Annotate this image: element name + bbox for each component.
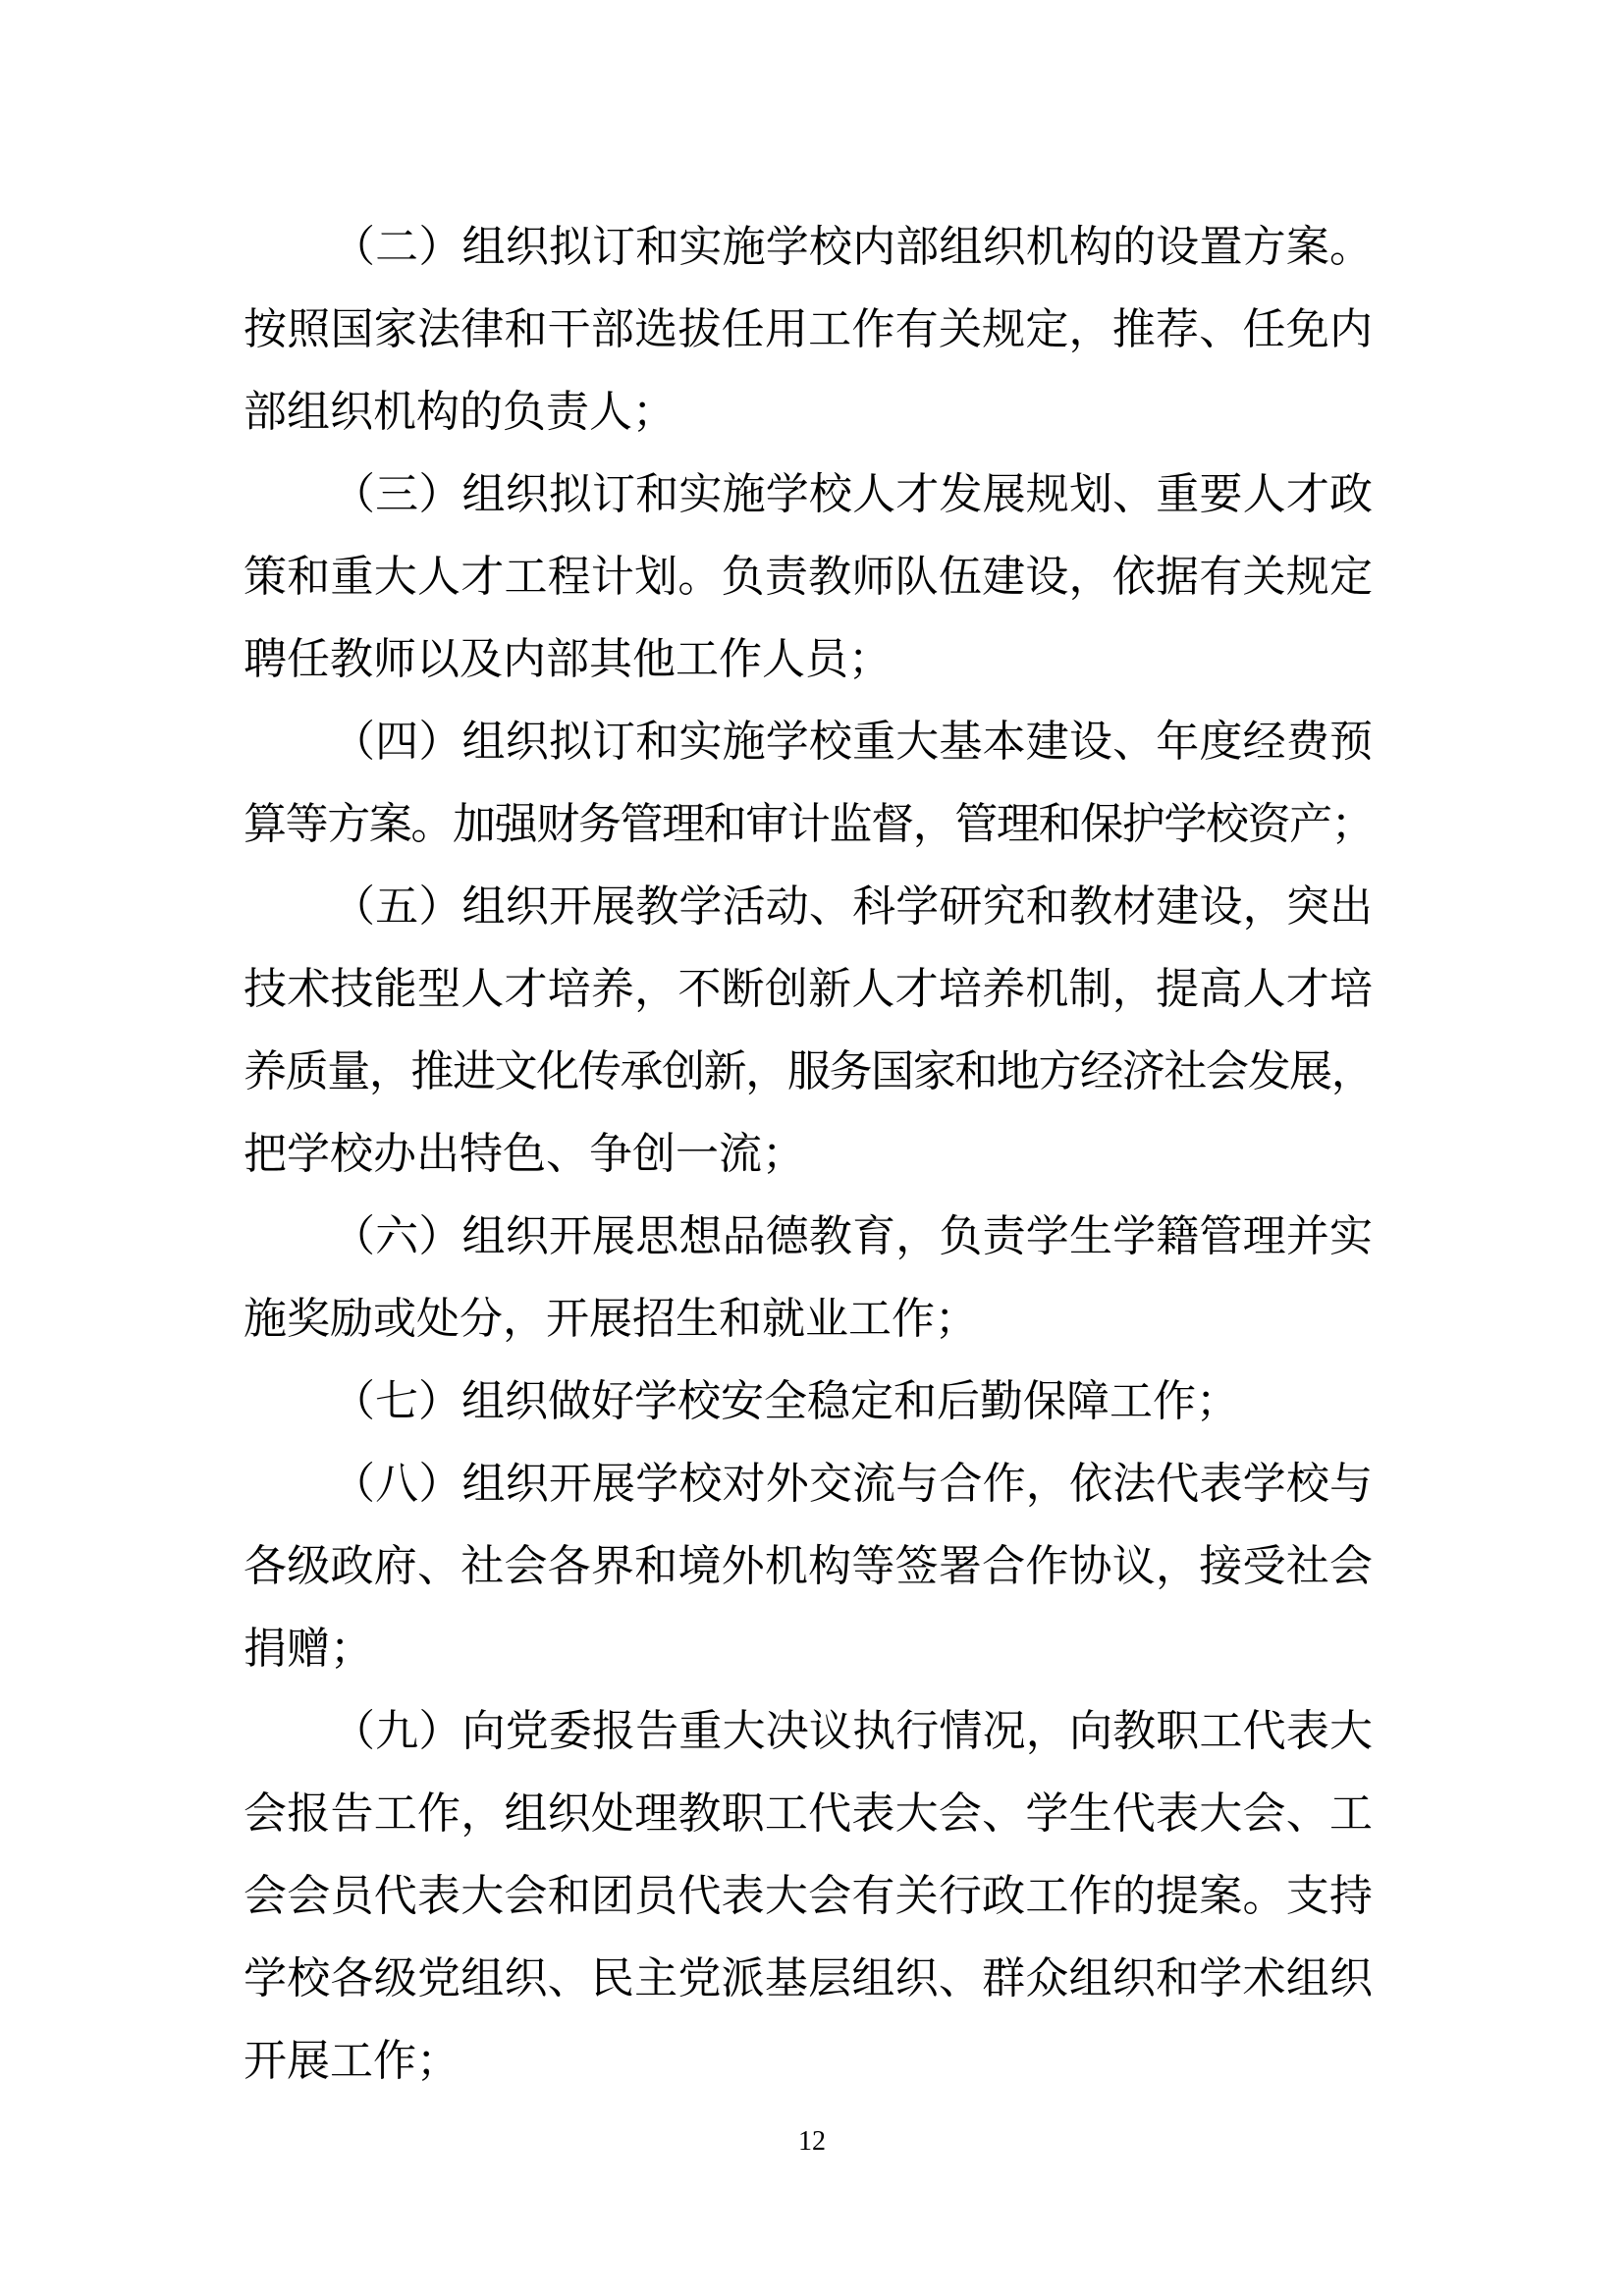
text-line: 算等方案。加强财务管理和审计监督，管理和保护学校资产； (244, 783, 1373, 866)
text-line: 各级政府、社会各界和境外机构等签署合作协议，接受社会 (244, 1525, 1373, 1608)
text-line: 按照国家法律和干部选拔任用工作有关规定，推荐、任免内 (244, 289, 1373, 371)
text-line: （三）组织拟订和实施学校人才发展规划、重要人才政 (244, 454, 1373, 536)
text-line: （八）组织开展学校对外交流与合作，依法代表学校与 (244, 1443, 1373, 1525)
text-line: （九）向党委报告重大决议执行情况，向教职工代表大 (244, 1690, 1373, 1773)
text-line: 学校各级党组织、民主党派基层组织、群众组织和学术组织 (244, 1938, 1373, 2020)
text-line: 捐赠； (244, 1608, 1373, 1690)
text-line: （四）组织拟订和实施学校重大基本建设、年度经费预 (244, 701, 1373, 783)
text-line: 把学校办出特色、争创一流； (244, 1113, 1373, 1196)
document-body: （二）组织拟订和实施学校内部组织机构的设置方案。 按照国家法律和干部选拔任用工作… (244, 206, 1373, 2103)
text-line: 会报告工作，组织处理教职工代表大会、学生代表大会、工 (244, 1773, 1373, 1855)
text-line: 施奖励或处分，开展招生和就业工作； (244, 1278, 1373, 1361)
text-line: （七）组织做好学校安全稳定和后勤保障工作； (244, 1361, 1373, 1443)
text-line: 会会员代表大会和团员代表大会有关行政工作的提案。支持 (244, 1855, 1373, 1938)
document-page: （二）组织拟订和实施学校内部组织机构的设置方案。 按照国家法律和干部选拔任用工作… (0, 0, 1624, 2296)
text-line: （二）组织拟订和实施学校内部组织机构的设置方案。 (244, 206, 1373, 289)
text-line: 养质量，推进文化传承创新，服务国家和地方经济社会发展， (244, 1031, 1373, 1113)
text-line: 开展工作； (244, 2020, 1373, 2103)
text-line: 策和重大人才工程计划。负责教师队伍建设，依据有关规定 (244, 536, 1373, 618)
text-line: 聘任教师以及内部其他工作人员； (244, 618, 1373, 701)
page-number: 12 (0, 2122, 1624, 2162)
text-line: （六）组织开展思想品德教育，负责学生学籍管理并实 (244, 1196, 1373, 1278)
text-line: 技术技能型人才培养，不断创新人才培养机制，提高人才培 (244, 948, 1373, 1031)
text-line: 部组织机构的负责人； (244, 371, 1373, 454)
text-line: （五）组织开展教学活动、科学研究和教材建设，突出 (244, 866, 1373, 948)
